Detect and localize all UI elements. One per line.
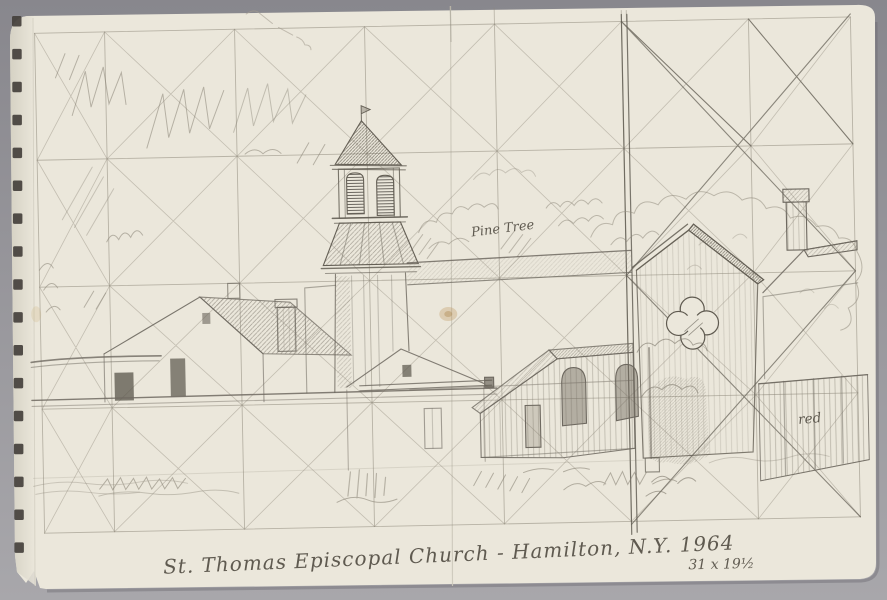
belfry-louver-left: [346, 173, 364, 214]
binding-hole: [13, 312, 22, 323]
binding-hole: [14, 345, 24, 356]
artwork-scan: Pine Tree red St. Thomas Episcopal Churc…: [0, 0, 887, 600]
beam-end: [485, 377, 494, 387]
binding-hole: [13, 148, 23, 159]
binding-hole: [13, 279, 23, 290]
chimney: [786, 202, 807, 250]
binding-hole: [13, 213, 23, 224]
binding-hole: [14, 378, 24, 389]
binding-hole: [12, 82, 21, 93]
dark-window: [170, 358, 186, 396]
binding-hole: [14, 444, 24, 455]
gothic-window: [561, 367, 586, 425]
binding-hole: [14, 477, 24, 488]
gable-window-small: [402, 365, 411, 377]
dark-window: [114, 372, 134, 400]
gothic-window: [615, 364, 638, 420]
scanned-sketchbook-page: Pine Tree red St. Thomas Episcopal Churc…: [0, 0, 887, 600]
page-fold-crease-top: [450, 6, 451, 42]
binding-hole: [14, 411, 23, 422]
chimney-cap: [783, 189, 809, 203]
binding-hole: [14, 542, 24, 553]
tall-chimney: [277, 307, 296, 351]
binding-hole: [12, 16, 22, 27]
shed-door: [525, 405, 541, 447]
binding-hole: [14, 510, 23, 521]
binding-hole: [13, 246, 23, 256]
belfry-louver-right: [376, 175, 394, 215]
red-color-note: red: [797, 410, 822, 428]
binding-hole: [12, 49, 22, 60]
binding-hole: [12, 115, 22, 126]
binding-hole: [13, 181, 22, 192]
tower-shading: [336, 276, 352, 388]
dimension-note: 31 x 19½: [688, 556, 754, 573]
gable-window: [202, 313, 210, 324]
